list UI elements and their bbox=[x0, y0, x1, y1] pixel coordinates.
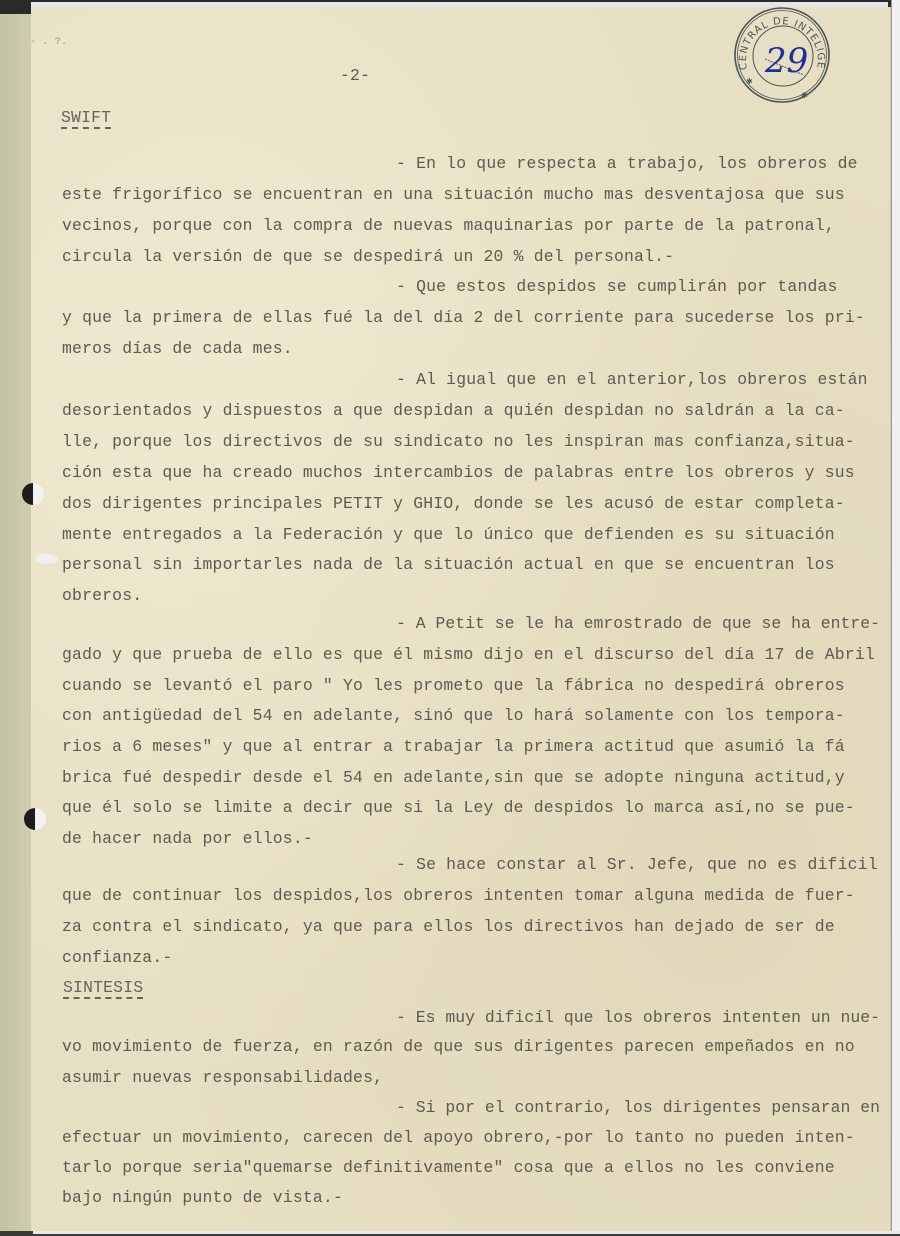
paragraph-line: ción esta que ha creado muchos intercamb… bbox=[62, 463, 855, 483]
svg-text:✱: ✱ bbox=[746, 77, 753, 86]
paragraph-start-line: - Si por el contrario, los dirigentes pe… bbox=[396, 1098, 880, 1118]
paper-tear bbox=[36, 554, 58, 564]
paragraph-line: za contra el sindicato, ya que para ello… bbox=[62, 917, 835, 937]
paragraph-line: de hacer nada por ellos.- bbox=[62, 829, 313, 849]
paragraph-line: asumir nuevas responsabilidades, bbox=[62, 1068, 383, 1088]
paragraph-line: gado y que prueba de ello es que él mism… bbox=[62, 645, 875, 665]
section-heading: SWIFT bbox=[61, 108, 111, 128]
page-number: -2- bbox=[340, 66, 370, 86]
paragraph-line: meros días de cada mes. bbox=[62, 339, 293, 359]
paragraph-line: mente entregados a la Federación y que l… bbox=[62, 525, 835, 545]
paragraph-line: brica fué despedir desde el 54 en adelan… bbox=[62, 768, 845, 788]
paragraph-line: lle, porque los directivos de su sindica… bbox=[62, 432, 855, 452]
paragraph-start-line: - Es muy dificíl que los obreros intente… bbox=[396, 1008, 880, 1028]
paragraph-line: y que la primera de ellas fué la del día… bbox=[62, 308, 865, 328]
paragraph-line: dos dirigentes principales PETIT y GHIO,… bbox=[62, 494, 845, 514]
punch-hole-upper bbox=[22, 483, 44, 505]
scan-left-margin bbox=[0, 14, 33, 1236]
intelligence-stamp: CENTRAL DE INTELIGENCIA ✱ ✱ 29 bbox=[732, 6, 832, 104]
paragraph-line: cuando se levantó el paro " Yo les prome… bbox=[62, 676, 845, 696]
paragraph-line: rios a 6 meses" y que al entrar a trabaj… bbox=[62, 737, 845, 757]
paragraph-line: obreros. bbox=[62, 586, 142, 606]
paragraph-line: este frigorífico se encuentran en una si… bbox=[62, 185, 845, 205]
scan-right-edge bbox=[891, 0, 900, 1236]
svg-text:✱: ✱ bbox=[801, 91, 808, 100]
paragraph-line: que de continuar los despidos,los obrero… bbox=[62, 886, 855, 906]
paragraph-line: circula la versión de que se despedirá u… bbox=[62, 247, 674, 267]
paragraph-start-line: - Que estos despidos se cumplirán por ta… bbox=[396, 277, 838, 297]
margin-marks: - . ?. bbox=[30, 33, 67, 53]
scan-bottom-edge bbox=[0, 1231, 900, 1236]
paragraph-line: confianza.- bbox=[62, 948, 172, 968]
paragraph-line: vo movimiento de fuerza, en razón de que… bbox=[62, 1037, 855, 1057]
paragraph-start-line: - Se hace constar al Sr. Jefe, que no es… bbox=[396, 855, 878, 875]
paragraph-line: efectuar un movimiento, carecen del apoy… bbox=[62, 1128, 855, 1148]
stamp-seal-icon: CENTRAL DE INTELIGENCIA ✱ ✱ 29 bbox=[732, 6, 832, 104]
section-heading: SINTESIS bbox=[63, 978, 143, 998]
paragraph-line: vecinos, porque con la compra de nuevas … bbox=[62, 216, 835, 236]
paragraph-line: que él solo se limite a decir que si la … bbox=[62, 798, 855, 818]
stamp-handwritten-number: 29 bbox=[764, 41, 808, 81]
paragraph-start-line: - En lo que respecta a trabajo, los obre… bbox=[396, 154, 858, 174]
paragraph-line: personal sin importarles nada de la situ… bbox=[62, 555, 835, 575]
paragraph-start-line: - A Petit se le ha emrostrado de que se … bbox=[396, 614, 880, 634]
paragraph-line: con antigüedad del 54 en adelante, sinó … bbox=[62, 706, 845, 726]
scan-bottom-strip bbox=[33, 1231, 900, 1234]
paragraph-start-line: - Al igual que en el anterior,los obrero… bbox=[396, 370, 868, 390]
punch-hole-lower bbox=[24, 808, 46, 830]
paragraph-line: bajo ningún punto de vista.- bbox=[62, 1188, 343, 1208]
paragraph-line: desorientados y dispuestos a que despida… bbox=[62, 401, 845, 421]
paragraph-line: tarlo porque seria"quemarse definitivame… bbox=[62, 1158, 835, 1178]
